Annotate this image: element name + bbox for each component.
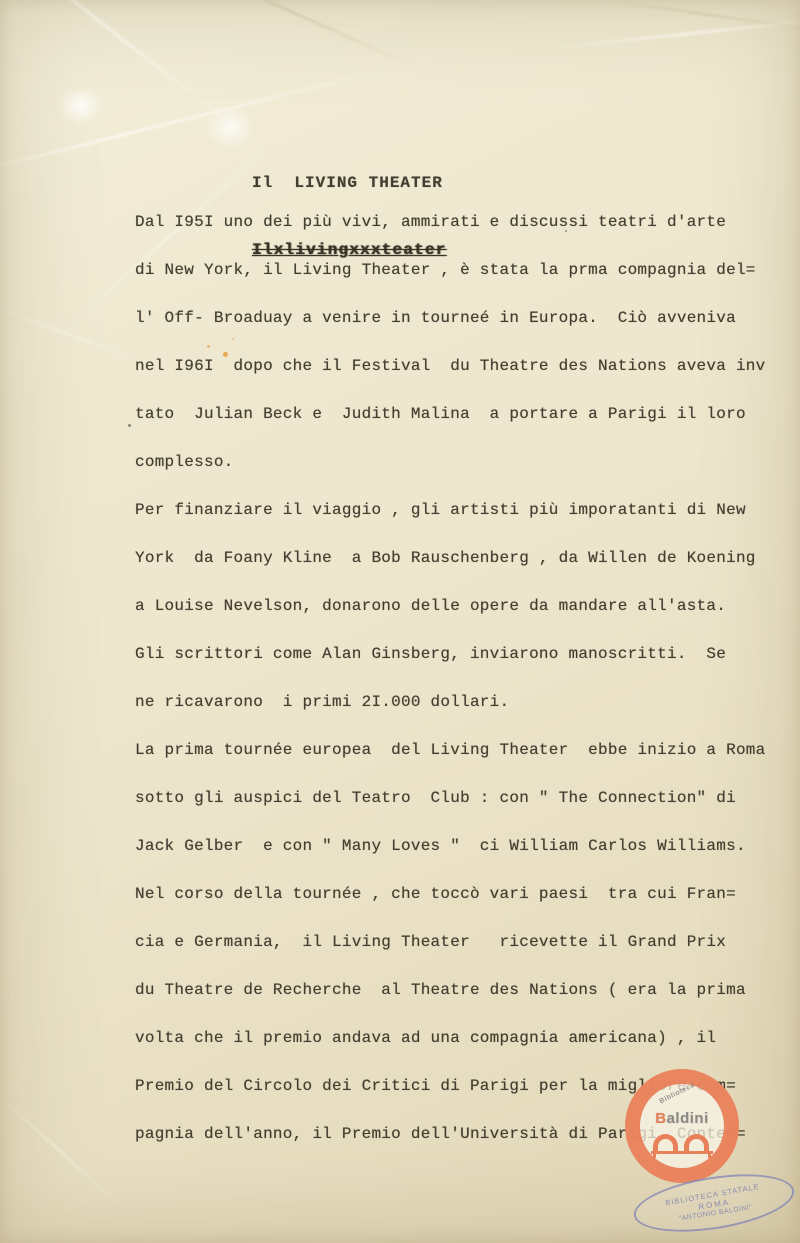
typescript-line: nel I96I dopo che il Festival du Theatre…	[135, 342, 795, 390]
scanned-typescript-page: Il LIVING THEATER Ilxlivingxxxteater Dal…	[0, 0, 800, 1243]
page-title: Il LIVING THEATER	[252, 168, 446, 198]
typescript-body: Dal I95I uno dei più vivi, ammirati e di…	[135, 198, 795, 1158]
typescript-line: du Theatre de Recherche al Theatre des N…	[135, 966, 795, 1014]
typescript-line: Gli scrittori come Alan Ginsberg, inviar…	[135, 630, 795, 678]
paper-crease	[0, 0, 229, 123]
baldini-watermark-stamp: Biblioteca Baldini	[625, 1069, 739, 1183]
typescript-line: Dal I95I uno dei più vivi, ammirati e di…	[135, 198, 795, 246]
typescript-line: a Louise Nevelson, donarono delle opere …	[135, 582, 795, 630]
paper-crease	[0, 1093, 124, 1208]
typescript-line: Jack Gelber e con " Many Loves " ci Will…	[135, 822, 795, 870]
typescript-line: di New York, il Living Theater , è stata…	[135, 246, 795, 294]
typescript-line: sotto gli auspici del Teatro Club : con …	[135, 774, 795, 822]
typescript-line: volta che il premio andava ad una compag…	[135, 1014, 795, 1062]
paper-crease	[162, 0, 419, 69]
typescript-line: ne ricavarono i primi 2I.000 dollari.	[135, 678, 795, 726]
ink-speck	[128, 424, 131, 427]
typescript-line: Nel corso della tournée , che toccò vari…	[135, 870, 795, 918]
paper-crease	[556, 18, 800, 49]
typescript-line: La prima tournée europea del Living Thea…	[135, 726, 795, 774]
typescript-line: Per finanziare il viaggio , gli artisti …	[135, 486, 795, 534]
paper-wear-spot	[58, 86, 104, 126]
typescript-line: complesso.	[135, 438, 795, 486]
baldini-stamp-small-text: Biblioteca	[659, 1082, 696, 1106]
baldini-stamp-name: Baldini	[640, 1110, 724, 1127]
typescript-line: tato Julian Beck e Judith Malina a porta…	[135, 390, 795, 438]
typescript-line: York da Foany Kline a Bob Rauschenberg ,…	[135, 534, 795, 582]
paper-crease	[601, 0, 800, 31]
typescript-line: l' Off- Broaduay a venire in tourneé in …	[135, 294, 795, 342]
typescript-line: cia e Germania, il Living Theater riceve…	[135, 918, 795, 966]
open-book-icon	[651, 1132, 713, 1158]
paper-crease	[0, 306, 136, 359]
paper-wear-spot	[205, 105, 255, 149]
